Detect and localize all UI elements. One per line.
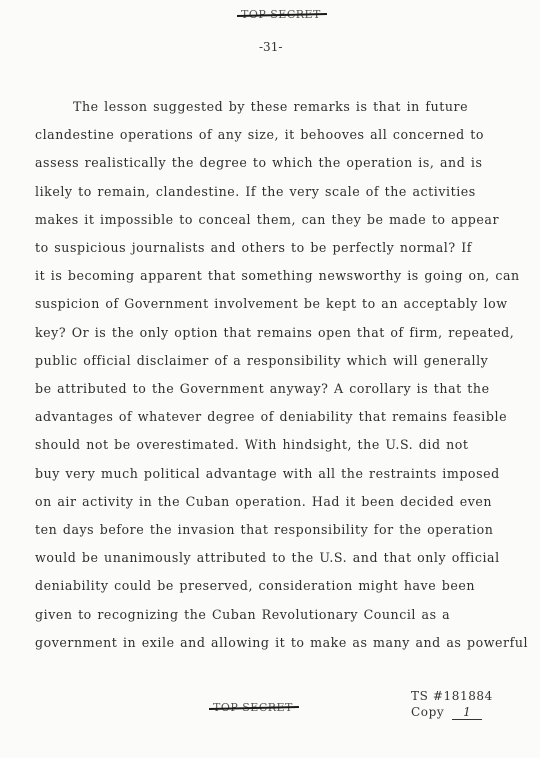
document-control-block: TS #181884 Copy 1 xyxy=(411,688,493,720)
text-line: buy very much political advantage with a… xyxy=(35,467,500,481)
text-line: deniability could be preserved, consider… xyxy=(35,579,475,593)
text-line: given to recognizing the Cuban Revolutio… xyxy=(35,608,450,622)
text-line: clandestine operations of any size, it b… xyxy=(35,128,484,142)
text-line: makes it impossible to conceal them, can… xyxy=(35,213,499,227)
text-line: ten days before the invasion that respon… xyxy=(35,523,493,537)
text-line: assess realistically the degree to which… xyxy=(35,156,482,170)
text-line: public official disclaimer of a responsi… xyxy=(35,354,488,368)
control-number: TS #181884 xyxy=(411,688,493,704)
text-line: on air activity in the Cuban operation. … xyxy=(35,495,492,509)
document-page: TOP SECRET -31- The lesson suggested by … xyxy=(0,0,540,758)
text-line: be attributed to the Government anyway? … xyxy=(35,382,490,396)
text-line: key? Or is the only option that remains … xyxy=(35,326,514,340)
text-line: likely to remain, clandestine. If the ve… xyxy=(35,185,476,199)
copy-number: 1 xyxy=(452,706,482,720)
text-line: would be unanimously attributed to the U… xyxy=(35,551,500,565)
text-line: it is becoming apparent that something n… xyxy=(35,269,520,283)
classification-stamp-bottom: TOP SECRET xyxy=(213,701,293,714)
text-line: government in exile and allowing it to m… xyxy=(35,636,528,650)
classification-stamp-top: TOP SECRET xyxy=(241,8,321,21)
text-line: advantages of whatever degree of deniabi… xyxy=(35,410,507,424)
copy-label: Copy xyxy=(411,704,444,720)
text-line: to suspicious journalists and others to … xyxy=(35,241,472,255)
page-number: -31- xyxy=(259,40,282,54)
text-line: suspicion of Government involvement be k… xyxy=(35,297,508,311)
copy-row: Copy 1 xyxy=(411,704,493,720)
text-line: The lesson suggested by these remarks is… xyxy=(73,100,468,114)
text-line: should not be overestimated. With hindsi… xyxy=(35,438,469,452)
